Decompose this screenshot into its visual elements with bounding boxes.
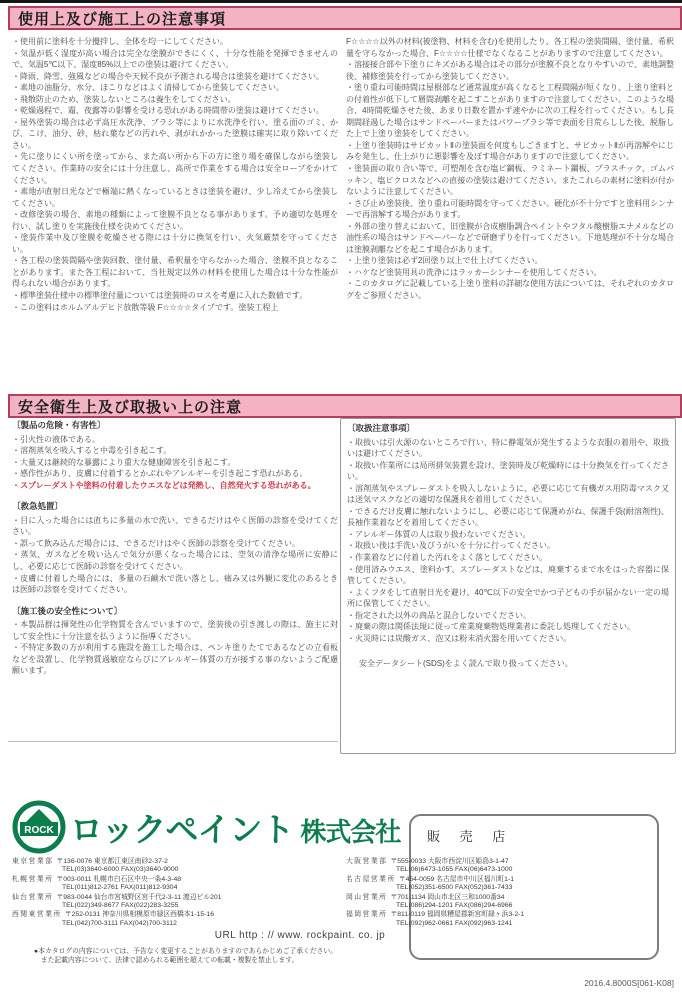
rock-logo-icon: ROCK bbox=[12, 800, 66, 854]
office-name: 大阪営業部 bbox=[346, 858, 387, 865]
notice-item: ・素地の油脂分、水分、ほこりなどはよく清掃してから塗装してください。 bbox=[12, 82, 338, 94]
office-address: 〒252-0131 神奈川県相模原市緑区西橋本1-15-16 bbox=[65, 911, 214, 918]
handling-item: ・使用済みウエス、塗料かす、スプレーダストなどは、廃棄するまで水をはった容器に保… bbox=[347, 564, 669, 587]
post-construction-item: ・不特定多数の方が利用する施設を施工した場合は、ペンキ塗りたてであるなどの立看板… bbox=[12, 642, 338, 677]
notice-item: ・乾燥過程で、霜、夜露等の影響を受ける恐れがある時間帯の塗装は避けてください。 bbox=[12, 105, 338, 117]
rock-logo-text: ROCK bbox=[24, 825, 54, 836]
notice-item: ・塗装面の取り合い等で、可塑剤を含む塩ビ鋼板、ラミネート鋼板、プラスチック、ゴム… bbox=[346, 163, 674, 198]
firstaid-group: 〔救急処置〕 ・目に入った場合には直ちに多量の水で洗い、できるだけはやく医師の診… bbox=[12, 501, 338, 595]
offices-left-column: 東京営業部〒136-0076 東京都江東区南砂2-37-2 TEL(03)364… bbox=[12, 858, 344, 929]
handling-item: ・指定された以外の商品と混合しないでください。 bbox=[347, 610, 669, 622]
firstaid-heading: 〔救急処置〕 bbox=[12, 501, 338, 513]
section2-header-bar: 安全衛生上及び取扱い上の注意 bbox=[8, 394, 682, 418]
notice-item: ・気温が低く湿度が高い場合は完全な塗膜ができにくく、十分な性能を発揮できませんの… bbox=[12, 48, 338, 71]
notice-item: ・ハケなど塗装用具の洗浄にはラッカーシンナーを使用してください。 bbox=[346, 267, 674, 279]
section1-header-bar: 使用上及び施工上の注意事項 bbox=[8, 6, 682, 30]
office-name: 東京営業部 bbox=[12, 858, 53, 865]
danger-item: ・溶剤蒸気を吸入すると中毒を引き起こす。 bbox=[12, 445, 338, 457]
handling-item: ・取扱いは引火源のないところで行い、特に静電気が発生するような衣服の着用や、取扱… bbox=[347, 437, 669, 460]
print-code: 2016.4.8000S[061-K08] bbox=[480, 978, 674, 988]
handling-heading: 〔取扱注意事項〕 bbox=[347, 423, 669, 435]
post-construction-item: ・本製品群は揮発性の化学物質を含んでいますので、塗装後の引き渡しの際は、施主に対… bbox=[12, 619, 338, 642]
office-name: 岡山営業所 bbox=[346, 894, 387, 901]
handling-item: ・よくフタをして直射日光を避け、40℃以下の安全でかつ子どもの手が届かない一定の… bbox=[347, 587, 669, 610]
danger-item: ・感作性があり、皮膚に付着するとかぶれやアレルギーを引き起こす恐れがある。 bbox=[12, 468, 338, 480]
firstaid-item: ・誤って飲み込んだ場合には、できるだけはやく医師の診察を受けてください。 bbox=[12, 538, 338, 550]
office-entry: 西関東営業所〒252-0131 神奈川県相模原市緑区西橋本1-15-16 TEL… bbox=[12, 911, 344, 928]
office-name: 西関東営業所 bbox=[12, 911, 62, 918]
office-entry: 仙台営業所〒983-0044 仙台市宮城野区宮千代2-3-11 渡辺ビル201 … bbox=[12, 894, 344, 911]
office-name: 札幌営業所 bbox=[12, 876, 53, 883]
notice-item: ・改修塗装の場合、素地の種類によって塗膜不良となる事があります。予め適切な処理を… bbox=[12, 209, 338, 232]
handling-item: ・取扱い後は手洗い及びうがいを十分に行ってください。 bbox=[347, 540, 669, 552]
office-tel-fax: TEL(022)349-8677 FAX(022)283-3255 bbox=[12, 902, 344, 910]
notice-item: F☆☆☆☆以外の材料(被塗物、材料を含む)を使用したり、各工程の塗装間隔、塗付量… bbox=[346, 36, 674, 59]
notice-item: ・飛散防止のため、塗装しないところは養生をしてください。 bbox=[12, 94, 338, 106]
notice-item: ・溶接接合部や下塗りにキズがある場合はその部分が塗膜不良となりやすいので、素地調… bbox=[346, 59, 674, 82]
office-tel-fax: TEL(06)6473-1055 FAX(06)6473-1000 bbox=[346, 866, 678, 874]
notice-item: ・このカタログに記載している上塗り塗料の詳細な使用方法については、それぞれのカタ… bbox=[346, 278, 674, 301]
catalog-notes: ●本カタログの内容については、予告なく変更することがありますのであらかじめご了承… bbox=[34, 947, 504, 965]
office-name: 名古屋営業所 bbox=[346, 876, 396, 883]
office-entry: 札幌営業所〒003-0011 札幌市白石区中央一条4-3-48 TEL(011)… bbox=[12, 876, 344, 893]
page-top-rule bbox=[0, 0, 682, 3]
company-name-suffix: 株式会社 bbox=[300, 812, 400, 849]
notice-item: ・各工程の塗装間隔や塗装回数、塗付量、希釈量を守らなかった場合、塗膜不良となるこ… bbox=[12, 255, 338, 290]
catalog-note-line: ●本カタログの内容については、予告なく変更することがありますのであらかじめご了承… bbox=[34, 947, 504, 956]
office-address: 〒701-1134 岡山市北区三和1000番34 bbox=[390, 894, 504, 901]
company-name-main: ロックペイント bbox=[70, 804, 293, 851]
notice-item: ・上塗り塗装は必ず2回塗り以上で仕上げてください。 bbox=[346, 255, 674, 267]
notice-item: ・塗り重ね可能時間は屋根部など通常温度が高くなると工程間隔が短くなり、上塗り塗料… bbox=[346, 82, 674, 140]
section1-title: 使用上及び施工上の注意事項 bbox=[18, 8, 226, 29]
notice-item: ・さび止め塗装後、塗り重ね可能時間を守ってください。硬化が不十分ですと塗料用シン… bbox=[346, 198, 674, 221]
section2-title: 安全衛生上及び取扱い上の注意 bbox=[18, 396, 242, 417]
section1-right-column: F☆☆☆☆以外の材料(被塗物、材料を含む)を使用したり、各工程の塗装間隔、塗付量… bbox=[346, 36, 674, 302]
dealer-label: 販 売 店 bbox=[427, 826, 657, 845]
handling-precautions-box: 〔取扱注意事項〕 ・取扱いは引火源のないところで行い、特に静電気が発生するような… bbox=[340, 418, 676, 754]
notice-item: ・塗装作業中及び塗膜を乾燥させる際には十分に換気を行い、火気厳禁を守ってください… bbox=[12, 232, 338, 255]
office-address: 〒983-0044 仙台市宮城野区宮千代2-3-11 渡辺ビル201 bbox=[56, 894, 221, 901]
office-entry: 岡山営業所〒701-1134 岡山市北区三和1000番34 TEL(086)29… bbox=[346, 894, 678, 911]
office-entry: 大阪営業部〒555-0033 大阪市西淀川区姫島3-1-47 TEL(06)64… bbox=[346, 858, 678, 875]
catalog-note-line: また記載内容について、法律で認められる範囲を超えての転載・複製を禁止します。 bbox=[34, 956, 504, 965]
handling-item: ・アレルギー体質の人は取り扱わないでください。 bbox=[347, 529, 669, 541]
company-name: ロックペイント 株式会社 bbox=[70, 804, 400, 851]
notice-item: ・外部の塗り替えにおいて、旧塗膜が合成樹脂調合ペイントやフタル酸樹脂エナメルなど… bbox=[346, 221, 674, 256]
office-tel-fax: TEL(092)962-0661 FAX(092)963-1241 bbox=[346, 920, 678, 928]
section1-left-column: ・使用前に塗料を十分攪拌し、全体を均一にしてください。 ・気温が低く湿度が高い場… bbox=[12, 36, 338, 313]
handling-item: ・できるだけ皮膚に触れないようにし、必要に応じて保護めがね、保護手袋(耐溶剤性)… bbox=[347, 506, 669, 529]
notice-item: ・標準塗装仕様中の標準塗付量については塗装時のロスを考慮に入れた数値です。 bbox=[12, 290, 338, 302]
office-name: 福岡営業所 bbox=[346, 911, 387, 918]
danger-heading: 〔製品の危険・有害性〕 bbox=[12, 420, 338, 432]
notice-item: ・この塗料はホルムアルデヒド放散等級 F☆☆☆☆タイプです。塗装工程上 bbox=[12, 302, 338, 314]
notice-item: ・使用前に塗料を十分攪拌し、全体を均一にしてください。 bbox=[12, 36, 338, 48]
office-entry: 東京営業部〒136-0076 東京都江東区南砂2-37-2 TEL(03)364… bbox=[12, 858, 344, 875]
notice-item: ・降雨、降雪、強風などの場合や天候不良が予測される場合は塗装を避けてください。 bbox=[12, 71, 338, 83]
notice-item: ・屋外塗装の場合は必ず高圧水洗浄、ブラシ等によりに水洗浄を行い、塗る面のゴミ、か… bbox=[12, 117, 338, 152]
office-tel-fax: TEL(042)700-3111 FAX(042)700-3112 bbox=[12, 920, 344, 928]
danger-item: ・大量又は継続的な暴露により重大な健康障害を引き起こす。 bbox=[12, 457, 338, 469]
offices-right-column: 大阪営業部〒555-0033 大阪市西淀川区姫島3-1-47 TEL(06)64… bbox=[346, 858, 678, 929]
notice-item: ・上塗り塗装時はサビカットⅡの塗装面を何度もしごきますと、サビカットⅡが再溶解や… bbox=[346, 140, 674, 163]
handling-item: ・作業着などに付着した汚れをよく落としてください。 bbox=[347, 552, 669, 564]
office-name: 仙台営業所 bbox=[12, 894, 53, 901]
notice-item: ・素地が直射日光などで極端に熱くなっているときは塗装を避け、少し冷えてから塗装し… bbox=[12, 186, 338, 209]
handling-item: ・廃棄の際は関係法規に従って産業廃棄物処理業者に委託し処理してください。 bbox=[347, 621, 669, 633]
section2-left-column: 〔製品の危険・有害性〕 ・引火性の液体である。 ・溶剤蒸気を吸入すると中毒を引き… bbox=[12, 420, 338, 687]
office-tel-fax: TEL(011)812-2761 FAX(011)812-9304 bbox=[12, 884, 344, 892]
sds-note: 安全データシート(SDS)をよく読んで取り扱ってください。 bbox=[347, 658, 669, 670]
office-entry: 名古屋営業所〒454-0059 名古屋市中川区福川町1-1 TEL(052)35… bbox=[346, 876, 678, 893]
office-tel-fax: TEL(03)3640-6000 FAX(03)3640-9000 bbox=[12, 866, 344, 874]
danger-item: ・引火性の液体である。 bbox=[12, 434, 338, 446]
danger-group: 〔製品の危険・有害性〕 ・引火性の液体である。 ・溶剤蒸気を吸入すると中毒を引き… bbox=[12, 420, 338, 491]
footer-divider-rule bbox=[8, 741, 338, 742]
website-url: URL http : // www. rockpaint. co. jp bbox=[120, 930, 480, 941]
office-address: 〒454-0059 名古屋市中川区福川町1-1 bbox=[399, 876, 514, 883]
office-tel-fax: TEL(052)351-6500 FAX(052)361-7433 bbox=[346, 884, 678, 892]
office-address: 〒136-0076 東京都江東区南砂2-37-2 bbox=[56, 858, 167, 865]
firstaid-item: ・皮膚に付着した場合には、多量の石鹸水で洗い落とし、痛み又は外観に変化のあるとき… bbox=[12, 573, 338, 596]
office-address: 〒811-0119 福岡県糟屋郡新宮町緑ヶ浜3-2-1 bbox=[390, 911, 524, 918]
office-tel-fax: TEL(086)294-1201 FAX(086)294-6966 bbox=[346, 902, 678, 910]
post-construction-group: 〔施工後の安全性について〕 ・本製品群は揮発性の化学物質を含んでいますので、塗装… bbox=[12, 606, 338, 677]
handling-item: ・火災時には炭酸ガス、泡又は粉末消火器を用いてください。 bbox=[347, 633, 669, 645]
catalog-back-page: 使用上及び施工上の注意事項 ・使用前に塗料を十分攪拌し、全体を均一にしてください… bbox=[0, 0, 682, 1000]
danger-item: ・スプレーダストや塗料の付着したウエスなどは発熱し、自然発火する恐れがある。 bbox=[12, 480, 338, 492]
post-construction-heading: 〔施工後の安全性について〕 bbox=[12, 606, 338, 618]
handling-item: ・取扱い作業所には局所排気装置を設け、塗装時及び乾燥時には十分換気を行ってくださ… bbox=[347, 460, 669, 483]
office-address: 〒555-0033 大阪市西淀川区姫島3-1-47 bbox=[390, 858, 508, 865]
office-address: 〒003-0011 札幌市白石区中央一条4-3-48 bbox=[56, 876, 181, 883]
firstaid-item: ・目に入った場合には直ちに多量の水で洗い、できるだけはやく医師の診察を受けてくだ… bbox=[12, 515, 338, 538]
handling-item: ・溶剤蒸気やスプレーダストを吸入しないように、必要に応じて有機ガス用防毒マスク又… bbox=[347, 483, 669, 506]
firstaid-item: ・蒸気、ガスなどを吸い込んで気分が悪くなった場合には、空気の清浄な場所に安静にし… bbox=[12, 549, 338, 572]
notice-item: ・先に塗りにくい所を塗ってから、また高い所から下の方に塗り場を確保しながら塗装し… bbox=[12, 151, 338, 186]
office-entry: 福岡営業所〒811-0119 福岡県糟屋郡新宮町緑ヶ浜3-2-1 TEL(092… bbox=[346, 911, 678, 928]
